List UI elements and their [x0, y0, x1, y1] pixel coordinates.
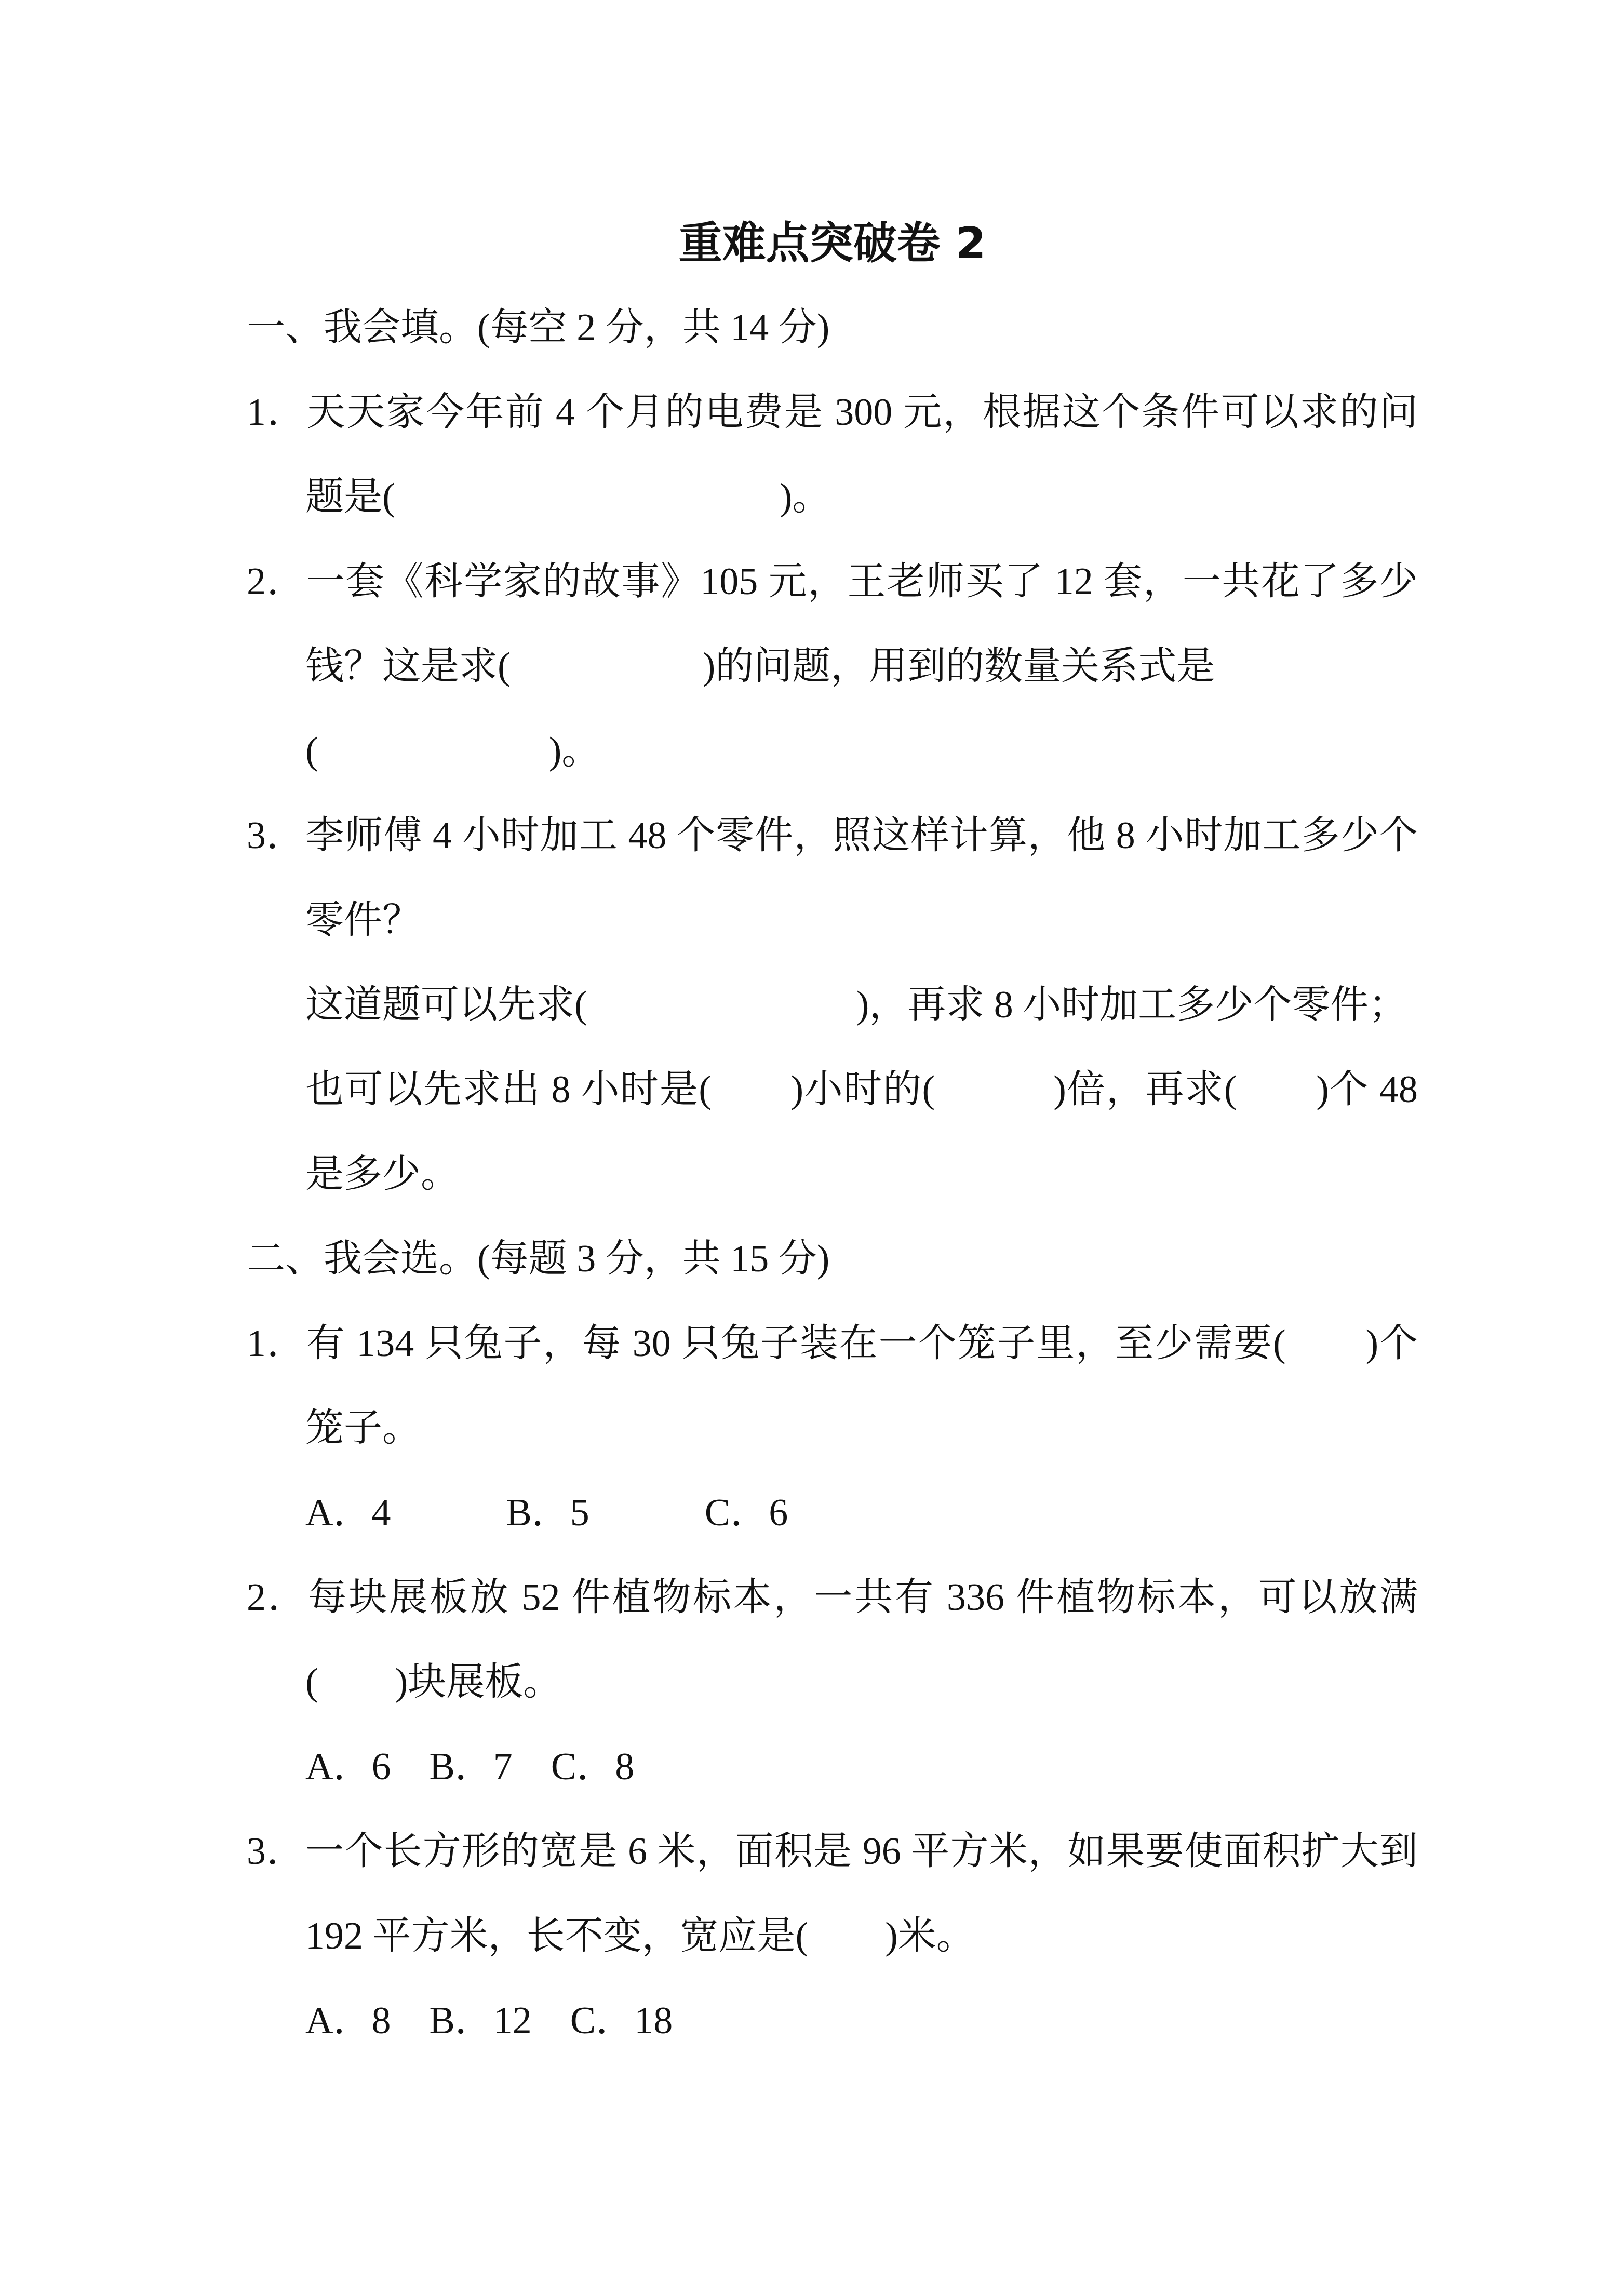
question-line: 钱？这是求( )的问题，用到的数量关系式是 [247, 624, 1418, 709]
choice-options-line: A．4 B．5 C．6 [247, 1471, 1418, 1555]
question-line: 也可以先求出 8 小时是( )小时的( )倍，再求( )个 48 [247, 1048, 1418, 1132]
question-line: 3．李师傅 4 小时加工 48 个零件，照这样计算，他 8 小时加工多少个 [247, 794, 1418, 878]
question-line: 1．有 134 只兔子，每 30 只兔子装在一个笼子里，至少需要( )个 [247, 1301, 1418, 1386]
scanned-test-page: { "page": { "background_color": "#ffffff… [0, 0, 1623, 2296]
question-line: 2．一套《科学家的故事》105 元，王老师买了 12 套，一共花了多少 [247, 540, 1418, 624]
question-line: 零件？ [247, 878, 1418, 963]
question-line: 2．每块展板放 52 件植物标本，一共有 336 件植物标本，可以放满 [247, 1555, 1418, 1640]
question-line: 这道题可以先求( )，再求 8 小时加工多少个零件； [247, 963, 1418, 1048]
question-line: ( )。 [247, 709, 1418, 794]
question-line: ( )块展板。 [247, 1640, 1418, 1725]
question-line: 3．一个长方形的宽是 6 米，面积是 96 平方米，如果要使面积扩大到 [247, 1809, 1418, 1894]
question-line: 笼子。 [247, 1386, 1418, 1471]
test-paper-sheet: 重难点突破卷 2 一、我会填。(每空 2 分，共 14 分)1．天天家今年前 4… [0, 0, 1623, 2296]
choice-options-line: A．8 B．12 C．18 [247, 1979, 1418, 2063]
doc-title: 重难点突破卷 2 [247, 201, 1418, 286]
question-line: 192 平方米，长不变，宽应是( )米。 [247, 1894, 1418, 1979]
question-line: 1．天天家今年前 4 个月的电费是 300 元，根据这个条件可以求的问 [247, 370, 1418, 455]
section-heading: 二、我会选。(每题 3 分，共 15 分) [247, 1217, 1418, 1301]
doc-body: 一、我会填。(每空 2 分，共 14 分)1．天天家今年前 4 个月的电费是 3… [247, 286, 1418, 2063]
section-heading: 一、我会填。(每空 2 分，共 14 分) [247, 286, 1418, 370]
question-line: 是多少。 [247, 1132, 1418, 1217]
question-line: 题是( )。 [247, 455, 1418, 540]
choice-options-line: A．6 B．7 C．8 [247, 1725, 1418, 1809]
